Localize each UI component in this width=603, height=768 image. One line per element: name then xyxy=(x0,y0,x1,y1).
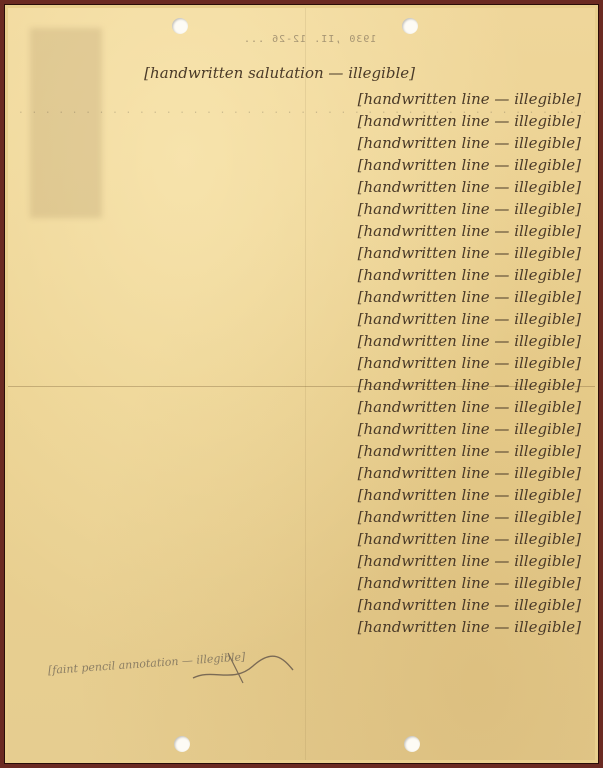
body-line: [handwritten line — illegible] xyxy=(22,178,581,196)
body-line: [handwritten line — illegible] xyxy=(22,376,581,394)
body-line: [handwritten line — illegible] xyxy=(22,156,581,174)
body-line: [handwritten line — illegible] xyxy=(22,354,581,372)
body-line: [handwritten line — illegible] xyxy=(22,464,581,482)
body-line: [handwritten line — illegible] xyxy=(22,552,581,570)
body-line: [handwritten line — illegible] xyxy=(22,420,581,438)
body-line: [handwritten line — illegible] xyxy=(22,112,581,130)
body-line: [handwritten line — illegible] xyxy=(22,266,581,284)
punch-hole-bottom-right xyxy=(404,736,420,752)
document-frame: 1930 ,II. 12-26 ... . . . . . . . . . . … xyxy=(0,0,603,768)
punch-hole-top-right xyxy=(402,18,418,34)
letter-page: 1930 ,II. 12-26 ... . . . . . . . . . . … xyxy=(8,8,595,760)
body-line: [handwritten line — illegible] xyxy=(22,310,581,328)
body-line: [handwritten line — illegible] xyxy=(22,442,581,460)
body-line: [handwritten line — illegible] xyxy=(22,530,581,548)
typed-header-bleedthrough: 1930 ,II. 12-26 ... xyxy=(243,34,376,45)
punch-hole-bottom-left xyxy=(174,736,190,752)
body-line: [handwritten line — illegible] xyxy=(22,508,581,526)
body-line: [handwritten line — illegible] xyxy=(22,222,581,240)
body-line: [handwritten line — illegible] xyxy=(22,596,581,614)
punch-hole-top-left xyxy=(172,18,188,34)
salutation: [handwritten salutation — illegible] xyxy=(22,64,415,82)
body-line: [handwritten line — illegible] xyxy=(22,398,581,416)
body-line: [handwritten line — illegible] xyxy=(22,134,581,152)
body-line: [handwritten line — illegible] xyxy=(22,332,581,350)
body-line: [handwritten line — illegible] xyxy=(22,200,581,218)
body-line: [handwritten line — illegible] xyxy=(22,90,581,108)
body-line: [handwritten line — illegible] xyxy=(22,486,581,504)
body-line: [handwritten line — illegible] xyxy=(22,244,581,262)
body-line: [handwritten line — illegible] xyxy=(22,574,581,592)
body-line: [handwritten line — illegible] xyxy=(22,288,581,306)
